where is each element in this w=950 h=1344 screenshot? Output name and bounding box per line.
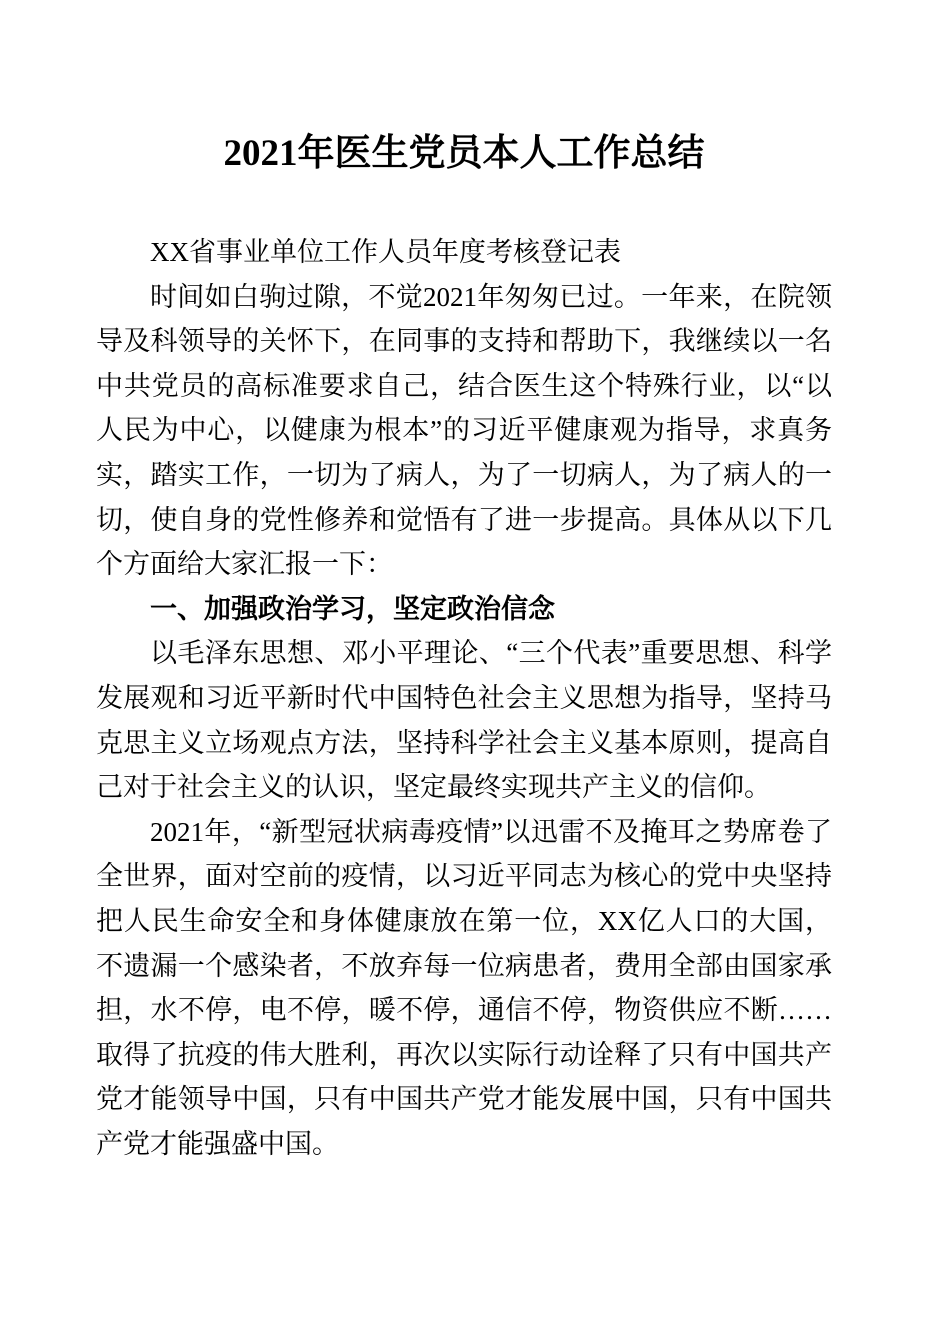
- paragraph-opening: 时间如白驹过隙，不觉2021年匆匆已过。一年来，在院领导及科领导的关怀下，在同事…: [96, 275, 832, 587]
- paragraph-pandemic-response: 2021年，“新型冠状病毒疫情”以迅雷不及掩耳之势席卷了全世界，面对空前的疫情，…: [96, 810, 832, 1167]
- paragraph-form-title: XX省事业单位工作人员年度考核登记表: [96, 230, 832, 275]
- section-heading-political-study: 一、加强政治学习，坚定政治信念: [96, 587, 832, 632]
- document-page: 2021年医生党员本人工作总结 XX省事业单位工作人员年度考核登记表 时间如白驹…: [0, 0, 950, 1344]
- paragraph-guiding-ideology: 以毛泽东思想、邓小平理论、“三个代表”重要思想、科学发展观和习近平新时代中国特色…: [96, 631, 832, 809]
- document-body: XX省事业单位工作人员年度考核登记表 时间如白驹过隙，不觉2021年匆匆已过。一…: [96, 230, 832, 1166]
- document-title: 2021年医生党员本人工作总结: [96, 128, 832, 180]
